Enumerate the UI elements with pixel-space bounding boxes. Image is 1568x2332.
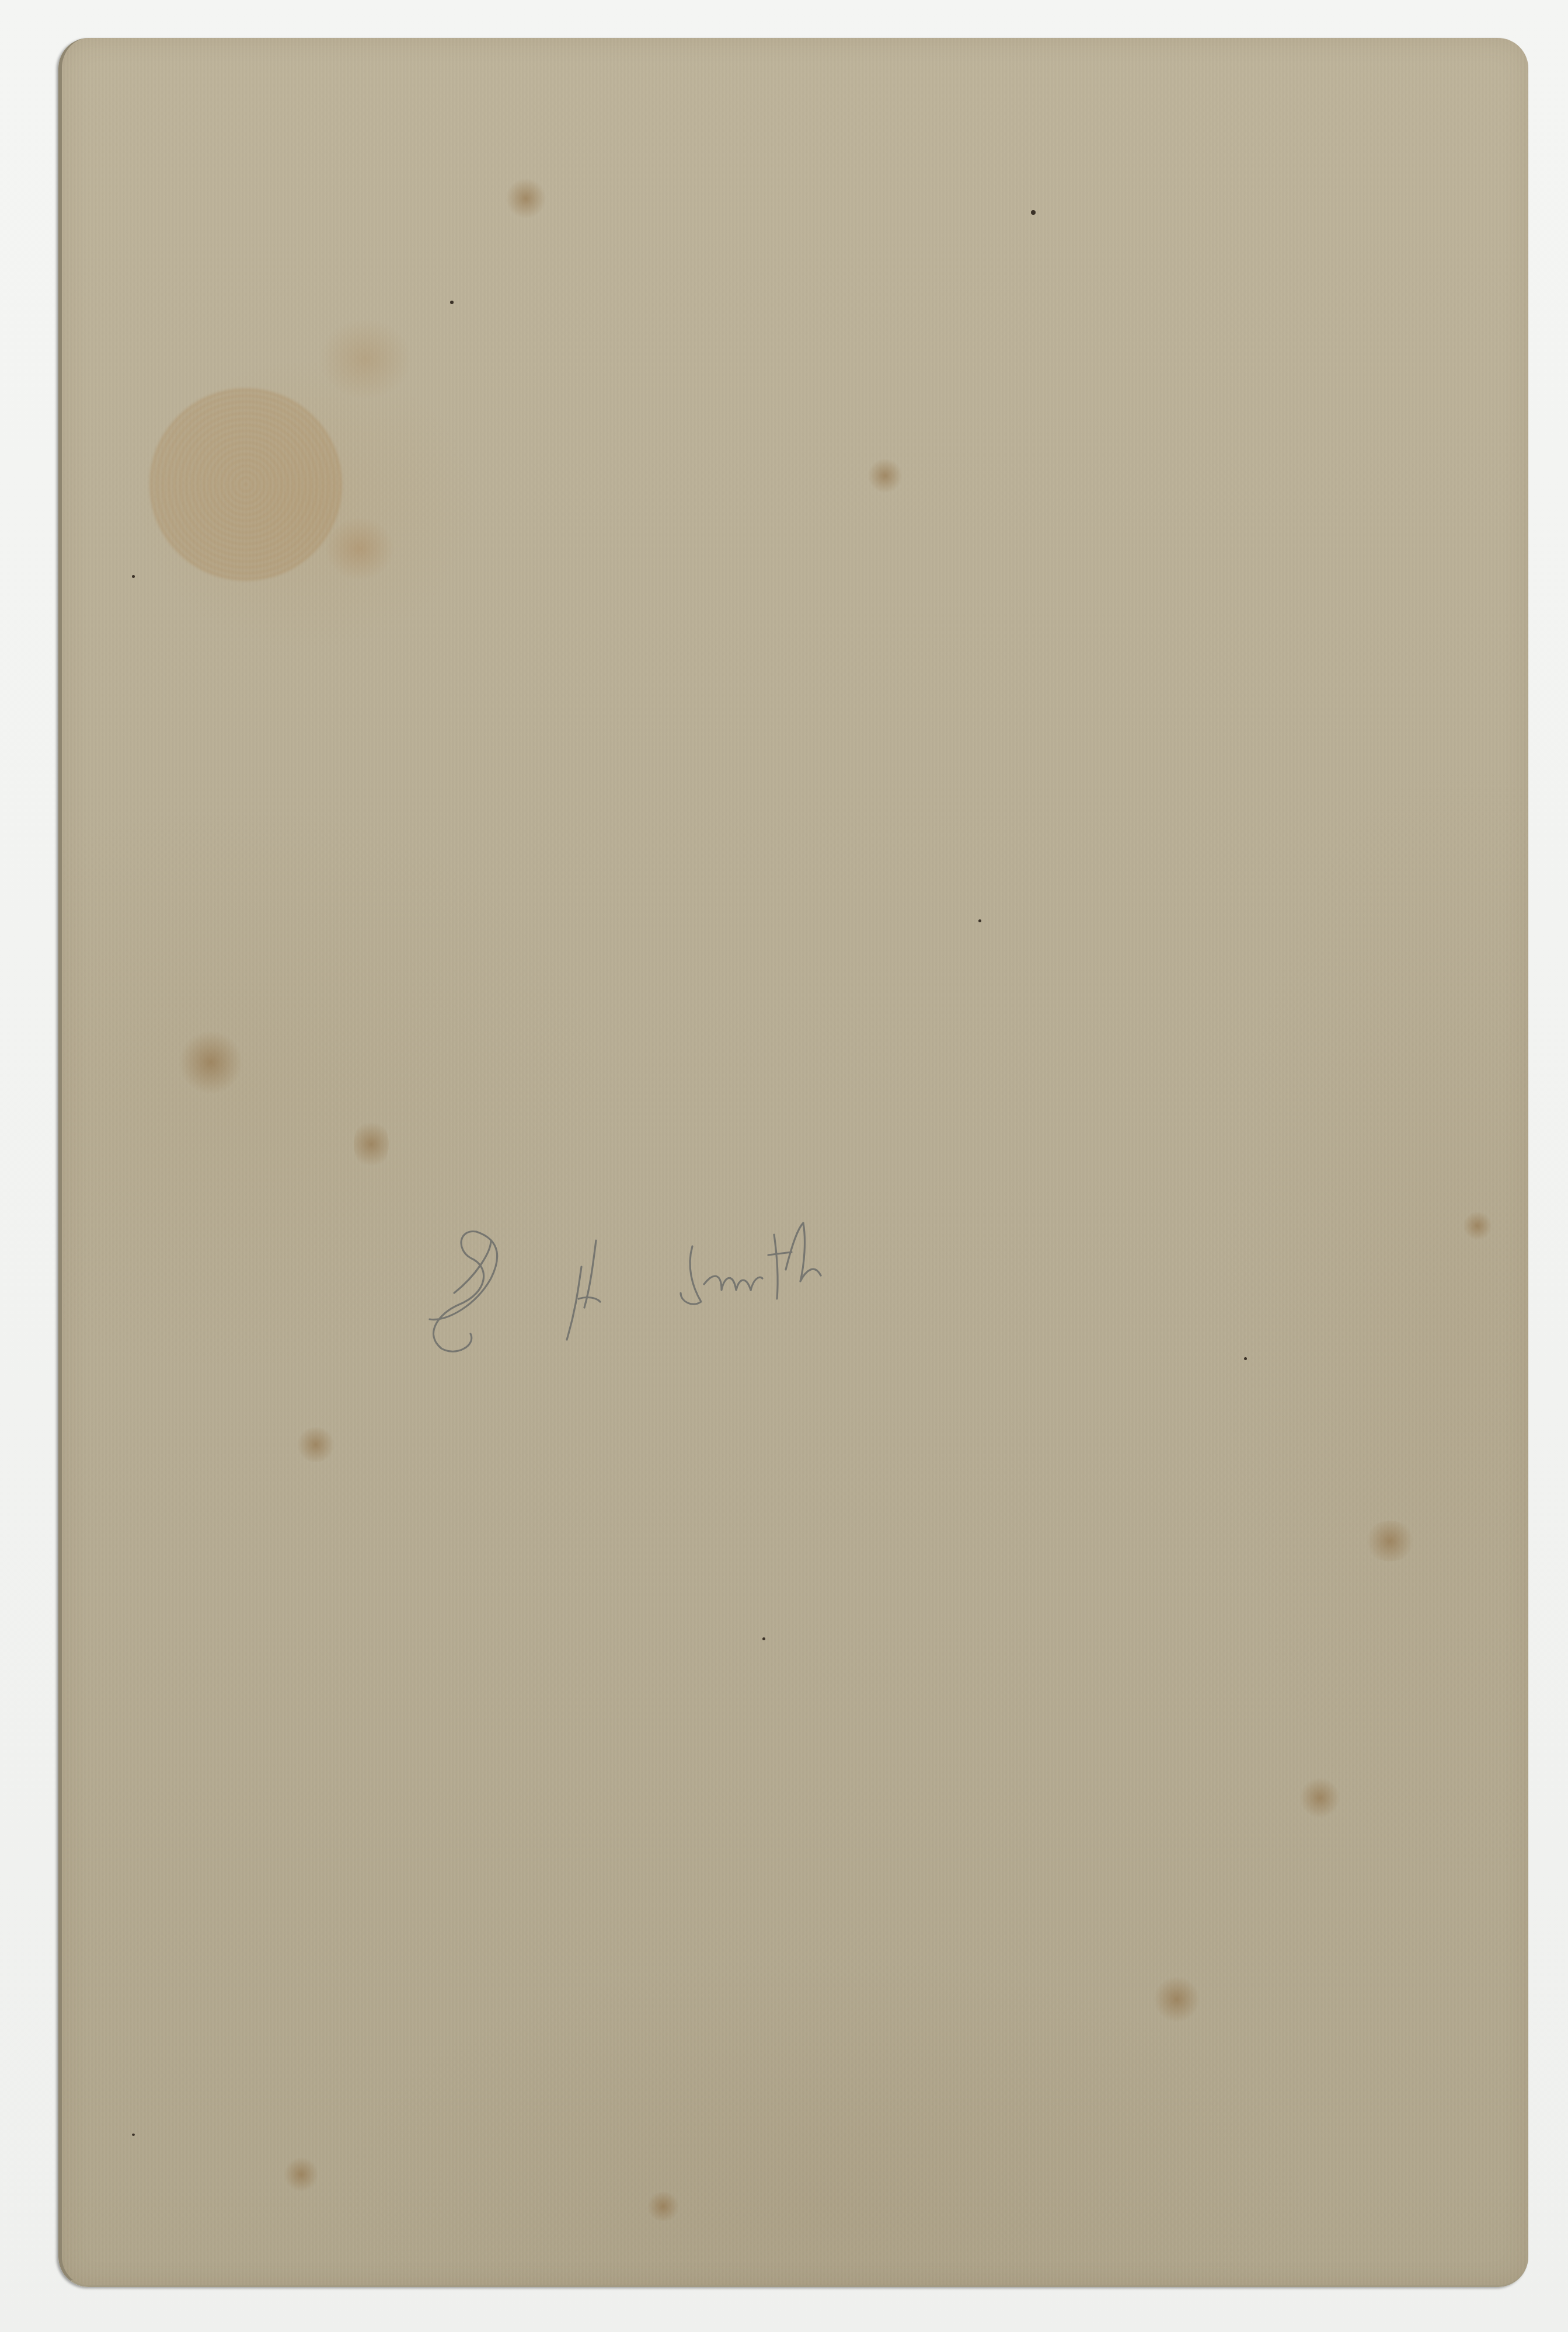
ink-speck [1031,210,1036,215]
ink-speck [450,301,454,304]
ink-speck [762,1637,765,1640]
ink-speck [132,575,135,578]
foxing-spot [1364,1521,1416,1561]
foxing-spot [1154,1976,1200,2023]
foxing-spot [506,178,546,219]
ink-speck [1244,1357,1247,1360]
foxing-spot [284,2157,319,2192]
pencil-inscription: E H Smith [389,1159,1031,1357]
foxing-spot [867,458,903,493]
fingerprint-stain [149,388,342,581]
foxing-spot [646,2192,681,2221]
ink-speck [978,919,981,922]
fingerprint-stain-faint [319,318,412,400]
foxing-spot [1463,1211,1492,1240]
foxing-spot [1299,1777,1340,1818]
ink-speck [132,2134,135,2136]
fingerprint-stain-small [325,517,395,581]
handwriting-strokes [389,1159,1031,1357]
cabinet-card-back: E H Smith [58,38,1528,2287]
foxing-spot [295,1427,336,1462]
foxing-spot [354,1118,389,1170]
foxing-spot [179,1030,243,1094]
